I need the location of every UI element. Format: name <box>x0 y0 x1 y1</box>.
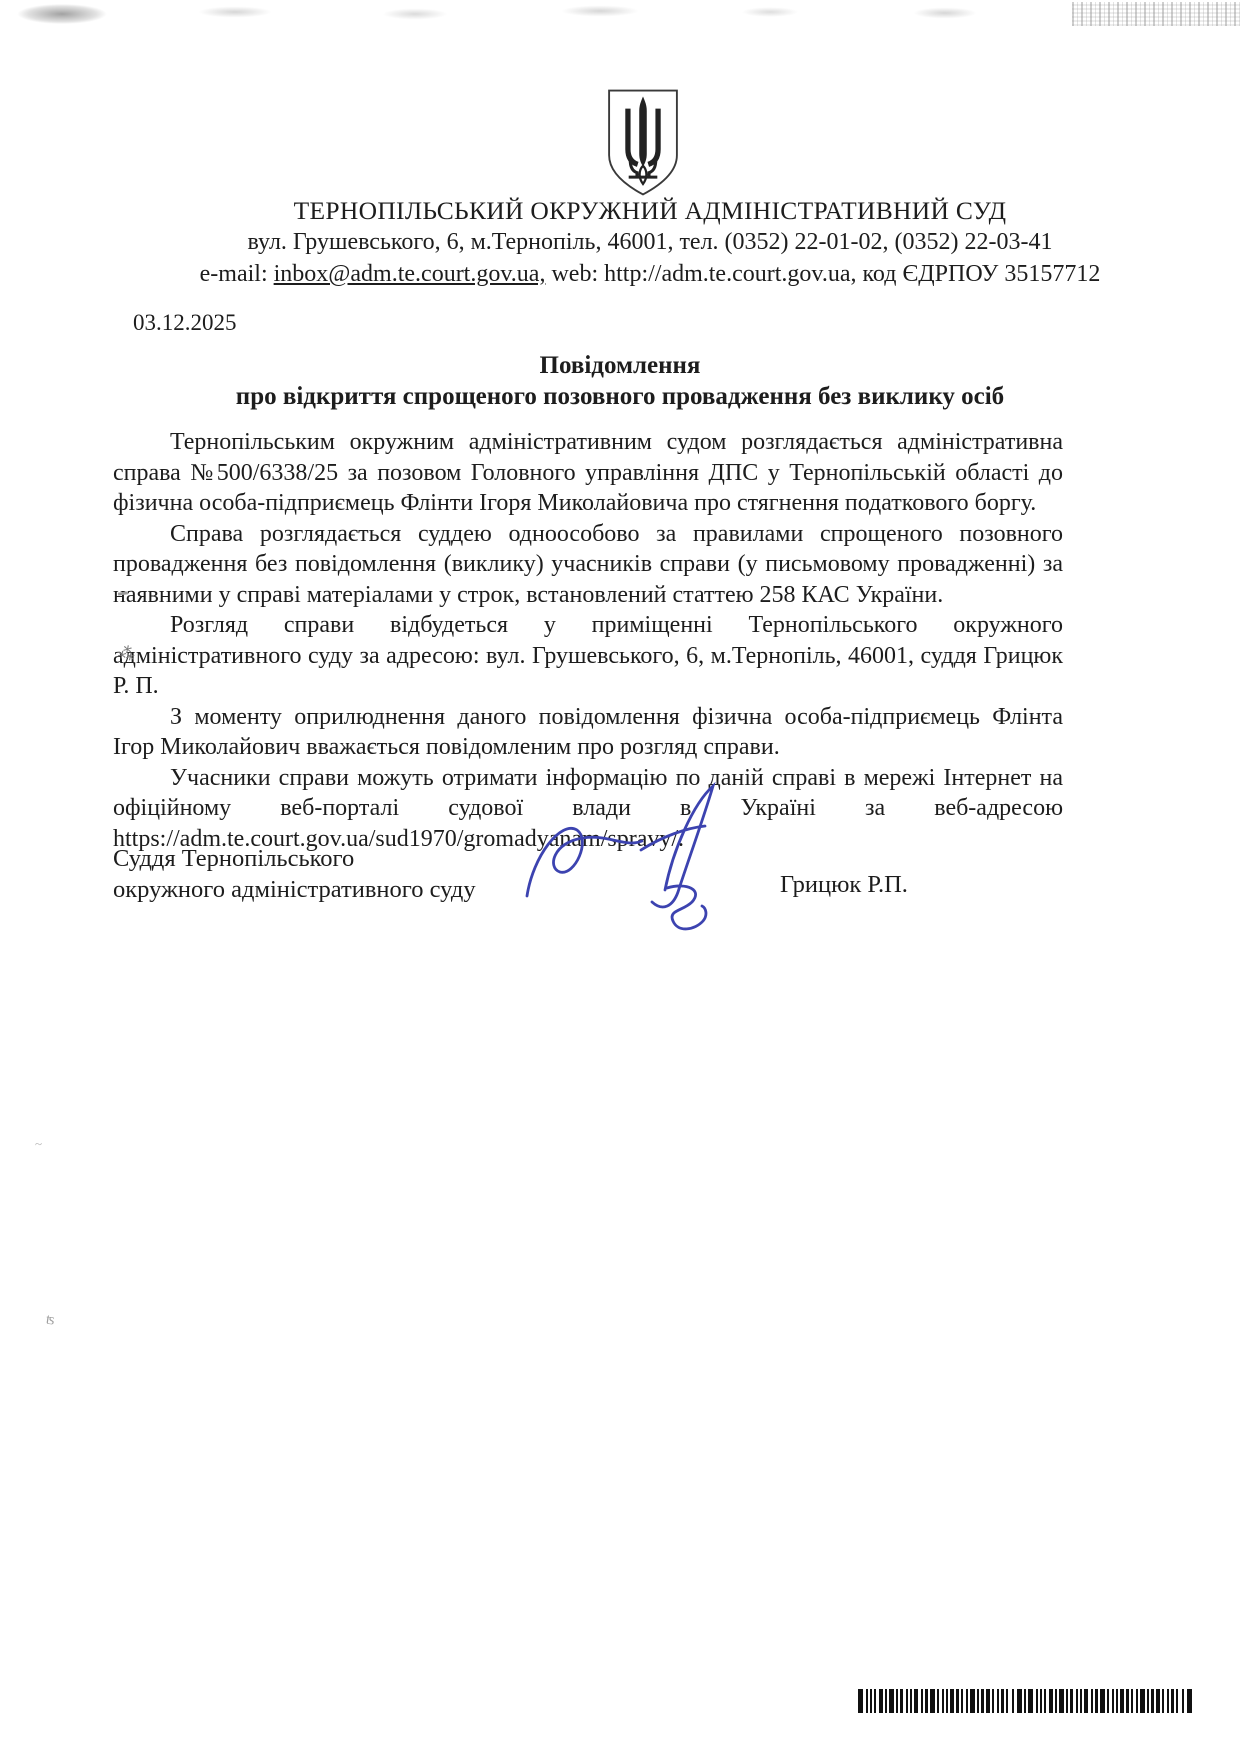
court-address-line: вул. Грушевського, 6, м.Тернопіль, 46001… <box>170 229 1130 256</box>
court-contacts-line: e-mail: inbox@adm.te.court.gov.ua, web: … <box>170 261 1130 288</box>
body-paragraph: Справа розглядається суддею одноособово … <box>113 519 1063 611</box>
body-paragraph: Розгляд справи відбудеться у приміщенні … <box>113 610 1063 702</box>
scan-artifact-mark: ʦ <box>45 1311 56 1329</box>
judge-position-line2: окружного адміністративного суду <box>113 876 476 904</box>
scan-noise-strip <box>1072 2 1240 26</box>
scan-noise-band <box>0 0 1240 30</box>
judge-name: Грицюк Р.П. <box>780 871 908 899</box>
court-email: inbox@adm.te.court.gov.ua, <box>274 261 546 287</box>
judge-signature <box>515 778 765 943</box>
court-name: ТЕРНОПІЛЬСЬКИЙ ОКРУЖНИЙ АДМІНІСТРАТИВНИЙ… <box>170 196 1130 226</box>
document-date: 03.12.2025 <box>133 310 237 336</box>
body-paragraph: Тернопільським окружним адміністративним… <box>113 427 1063 519</box>
document-subtitle: про відкриття спрощеного позовного прова… <box>0 383 1240 411</box>
document-barcode <box>858 1689 1194 1713</box>
judge-position-line1: Суддя Тернопільського <box>113 845 354 873</box>
court-website-and-code: web: http://adm.te.court.gov.ua, код ЄДР… <box>545 261 1100 287</box>
scanned-court-document-page: ТЕРНОПІЛЬСЬКИЙ ОКРУЖНИЙ АДМІНІСТРАТИВНИЙ… <box>0 0 1240 1754</box>
ukraine-trident-emblem-icon <box>601 86 685 199</box>
body-paragraph: З моменту оприлюднення даного повідомлен… <box>113 702 1063 763</box>
scan-artifact-mark: ~ <box>35 1136 42 1152</box>
document-title: Повідомлення <box>0 352 1240 380</box>
email-label: e-mail: <box>200 261 274 287</box>
